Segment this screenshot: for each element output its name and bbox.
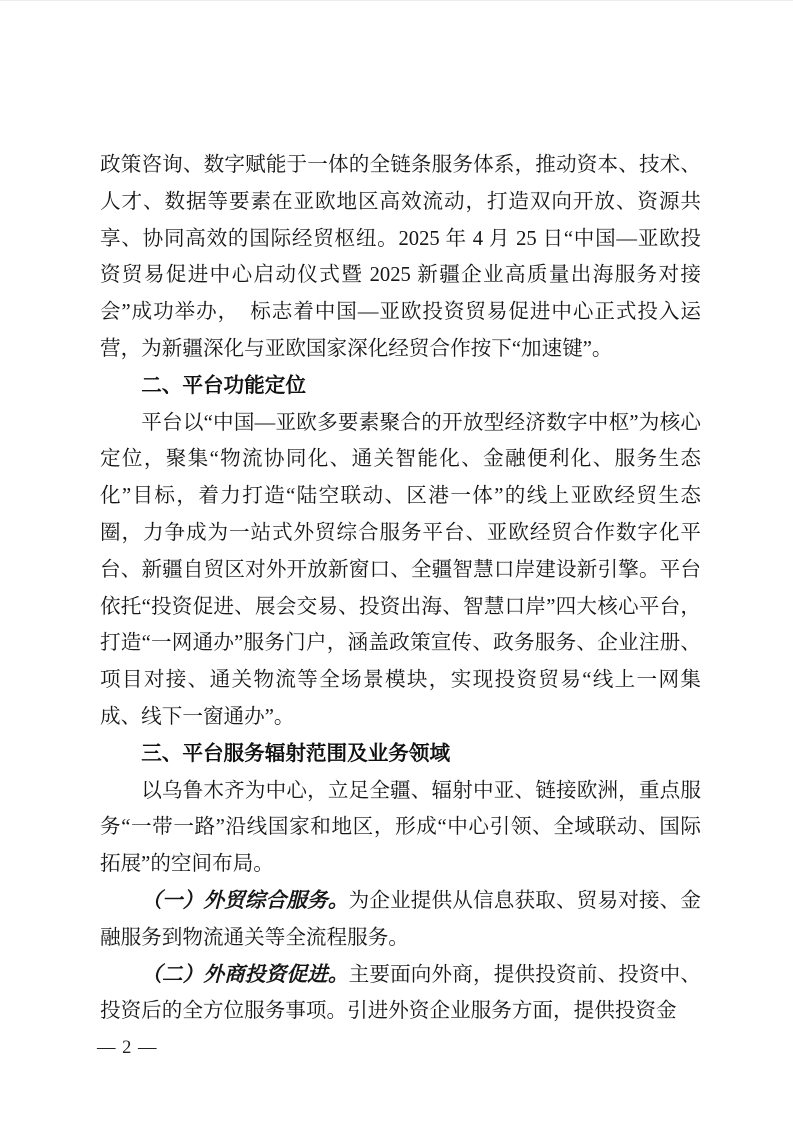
- item-2-lead: （二）外商投资促进。: [141, 964, 348, 986]
- paragraph-service-scope: 以乌鲁木齐为中心，立足全疆、辐射中亚、链接欧洲，重点服务“一带一路”沿线国家和地…: [100, 773, 701, 883]
- paragraph-continuation: 政策咨询、数字赋能于一体的全链条服务体系，推动资本、技术、人才、数据等要素在亚欧…: [100, 147, 701, 368]
- document-body: 政策咨询、数字赋能于一体的全链条服务体系，推动资本、技术、人才、数据等要素在亚欧…: [100, 147, 701, 1030]
- paragraph-item-1: （一）外贸综合服务。为企业提供从信息获取、贸易对接、金融服务到物流通关等全流程服…: [100, 883, 701, 957]
- section-heading-platform-functions: 二、平台功能定位: [100, 368, 701, 405]
- paragraph-item-2: （二）外商投资促进。主要面向外商，提供投资前、投资中、投资后的全方位服务事项。引…: [100, 957, 701, 1031]
- paragraph-platform-positioning: 平台以“中国—亚欧多要素聚合的开放型经济数字中枢”为核心定位，聚集“物流协同化、…: [100, 405, 701, 736]
- document-page: 政策咨询、数字赋能于一体的全链条服务体系，推动资本、技术、人才、数据等要素在亚欧…: [0, 0, 793, 1122]
- page-number: — 2 —: [97, 1037, 158, 1059]
- item-1-lead: （一）外贸综合服务。: [141, 890, 348, 912]
- section-heading-service-scope: 三、平台服务辐射范围及业务领域: [100, 736, 701, 773]
